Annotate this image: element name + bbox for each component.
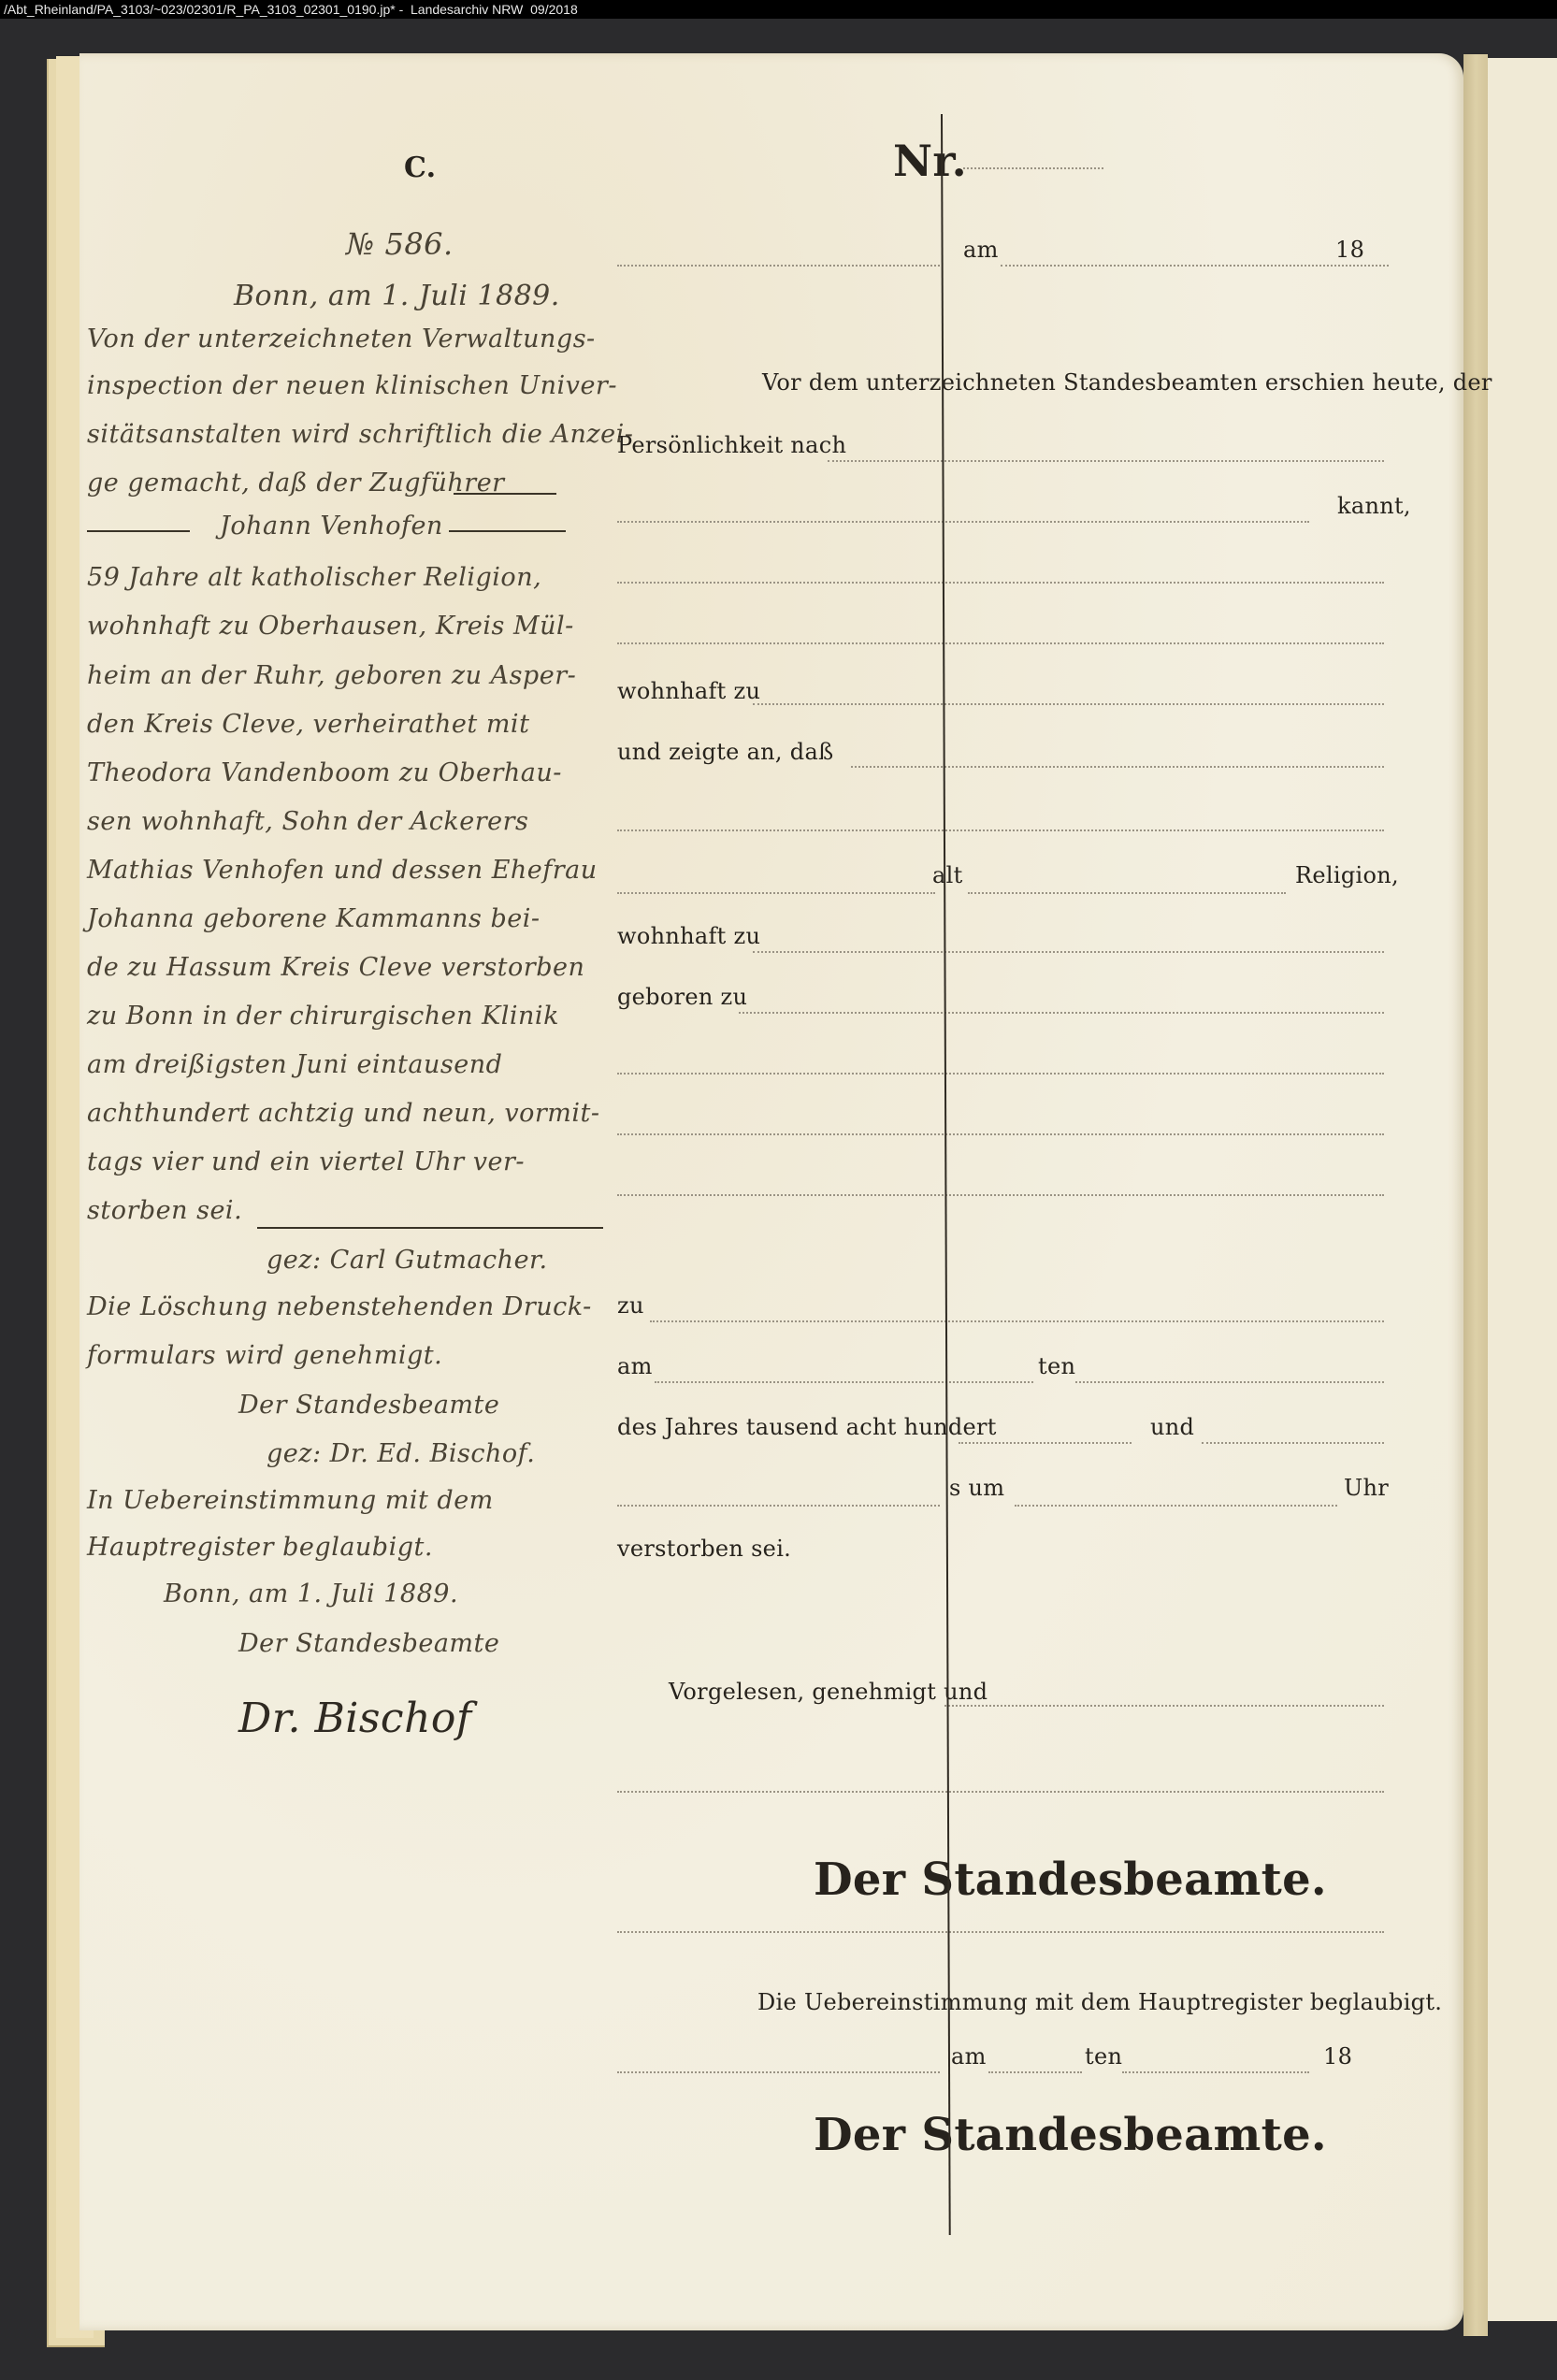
persoenlichkeit-label: Persönlichkeit nach [617,432,846,458]
fill-rule [449,530,566,532]
record-number: № 586. [346,226,454,262]
entry-line: tags vier und ein viertel Uhr ver- [87,1147,525,1176]
vorgelesen-label: Vorgelesen, genehmigt und [669,1679,988,1705]
zeigte-an-field [851,766,1384,768]
ten-label: ten [1085,2043,1122,2070]
des-jahres-label: des Jahres tausend acht hundert [617,1414,997,1440]
entry-line: Von der unterzeichneten Verwaltungs- [87,325,596,353]
kannt-field [617,521,1309,523]
uebereinstimmung-text: Die Uebereinstimmung mit dem Hauptregist… [757,1989,1442,2015]
vorgelesen-field [944,1705,1384,1707]
deceased-name: Johann Venhofen [220,512,443,541]
entry-line: achthundert achtzig und neun, vormit- [87,1099,600,1128]
blank-line [617,582,1384,584]
zu-field [650,1320,1384,1322]
entry-line: Theodora Vandenboom zu Oberhau- [87,758,562,787]
intro-text: Vor dem unterzeichneten Standesbeamten e… [762,369,1492,396]
blank-line [617,642,1384,644]
wohnhaft-field [753,703,1384,705]
entry-line: ge gemacht, daß der Zugführer [87,469,505,498]
blank-line [617,1194,1384,1196]
alt-label: alt [932,862,963,888]
blank-line [617,1133,1384,1135]
certification-place-field [617,2071,940,2073]
entry-line: wohnhaft zu Oberhausen, Kreis Mül- [87,612,574,641]
place-date: Bonn, am 1. Juli 1889. [234,280,560,312]
signature-line [617,1931,1384,1933]
month-field [1075,1381,1384,1383]
next-page-edge [1488,58,1557,2321]
fill-rule [87,530,190,532]
zu-label: zu [617,1292,644,1319]
place-date-certification: Bonn, am 1. Juli 1889. [164,1579,458,1608]
year-field-2 [1202,1442,1384,1444]
entry-line: inspection der neuen klinischen Univer- [87,371,617,400]
day-field [655,1381,1033,1383]
register-page: C. № 586. Bonn, am 1. Juli 1889. Von der… [79,53,1463,2330]
year-prefix: 18 [1323,2043,1352,2070]
verstorben-label: verstorben sei. [617,1536,791,1562]
certification-line: Hauptregister beglaubigt. [87,1533,433,1562]
certification-day-field [988,2071,1082,2073]
geboren-field [739,1012,1384,1014]
am-label: am [963,237,999,263]
entry-line: heim an der Ruhr, geboren zu Asper- [87,661,576,690]
date-field [617,265,940,267]
approval-line: formulars wird genehmigt. [87,1341,442,1370]
nr-field [963,167,1103,169]
wohnhaft-label: wohnhaft zu [617,923,760,949]
section-letter: C. [404,151,436,184]
entry-line: storben sei. [87,1196,242,1225]
entry-line: am dreißigsten Juni eintausend [87,1050,502,1079]
blank-line [617,829,1384,831]
zeigte-an-label: und zeigte an, daß [617,739,833,765]
signature-informant: gez: Carl Gutmacher. [267,1246,548,1275]
end-rule [257,1227,603,1229]
standesbeamte-heading: Der Standesbeamte. [814,2109,1327,2161]
entry-line: sitätsanstalten wird schriftlich die Anz… [87,420,633,449]
certification-month-field [1122,2071,1309,2073]
ten-label: ten [1038,1353,1075,1379]
signature-line [617,1791,1384,1793]
fill-rule [454,493,556,495]
nr-label: Nr. [893,136,967,186]
und-label: und [1150,1414,1194,1440]
am-label: am [951,2043,987,2070]
entry-line: den Kreis Cleve, verheirathet mit [87,710,529,739]
book-gutter [1463,54,1488,2336]
approval-line: Die Löschung nebenstehenden Druck- [87,1292,592,1321]
geboren-label: geboren zu [617,984,747,1010]
hour-field [1015,1505,1337,1507]
entry-line: sen wohnhaft, Sohn der Ackerers [87,807,528,836]
signature-registrar: gez: Dr. Ed. Bischof. [267,1439,535,1468]
persoenlichkeit-field [828,460,1384,462]
certification-line: In Uebereinstimmung mit dem [87,1486,494,1515]
entry-line: de zu Hassum Kreis Cleve verstorben [87,953,584,982]
am-label: am [617,1353,653,1379]
entry-line: 59 Jahre alt katholischer Religion, [87,563,541,592]
entry-line: Mathias Venhofen und dessen Ehefrau [87,856,598,885]
entry-line: zu Bonn in der chirurgischen Klinik [87,1002,559,1031]
religion-field [968,892,1286,894]
wohnhaft-label: wohnhaft zu [617,678,760,704]
registrar-signature: Dr. Bischof [238,1695,472,1742]
time-of-day-field [617,1505,940,1507]
s-um-label: s um [949,1475,1004,1501]
age-field [617,892,935,894]
blank-line [617,1073,1384,1075]
kannt-label: kannt, [1337,493,1411,519]
registrar-title: Der Standesbeamte [238,1629,499,1658]
registrar-title: Der Standesbeamte [238,1391,499,1420]
wohnhaft-field [753,951,1384,953]
entry-line: Johanna geborene Kammanns bei- [87,904,540,933]
year-field [959,1442,1132,1444]
religion-label: Religion, [1295,862,1399,888]
year-prefix: 18 [1335,237,1364,263]
standesbeamte-heading: Der Standesbeamte. [814,1854,1327,1906]
date-field [1001,265,1389,267]
uhr-label: Uhr [1344,1475,1389,1501]
window-title-bar: /Abt_Rheinland/PA_3103/~023/02301/R_PA_3… [0,0,1557,19]
